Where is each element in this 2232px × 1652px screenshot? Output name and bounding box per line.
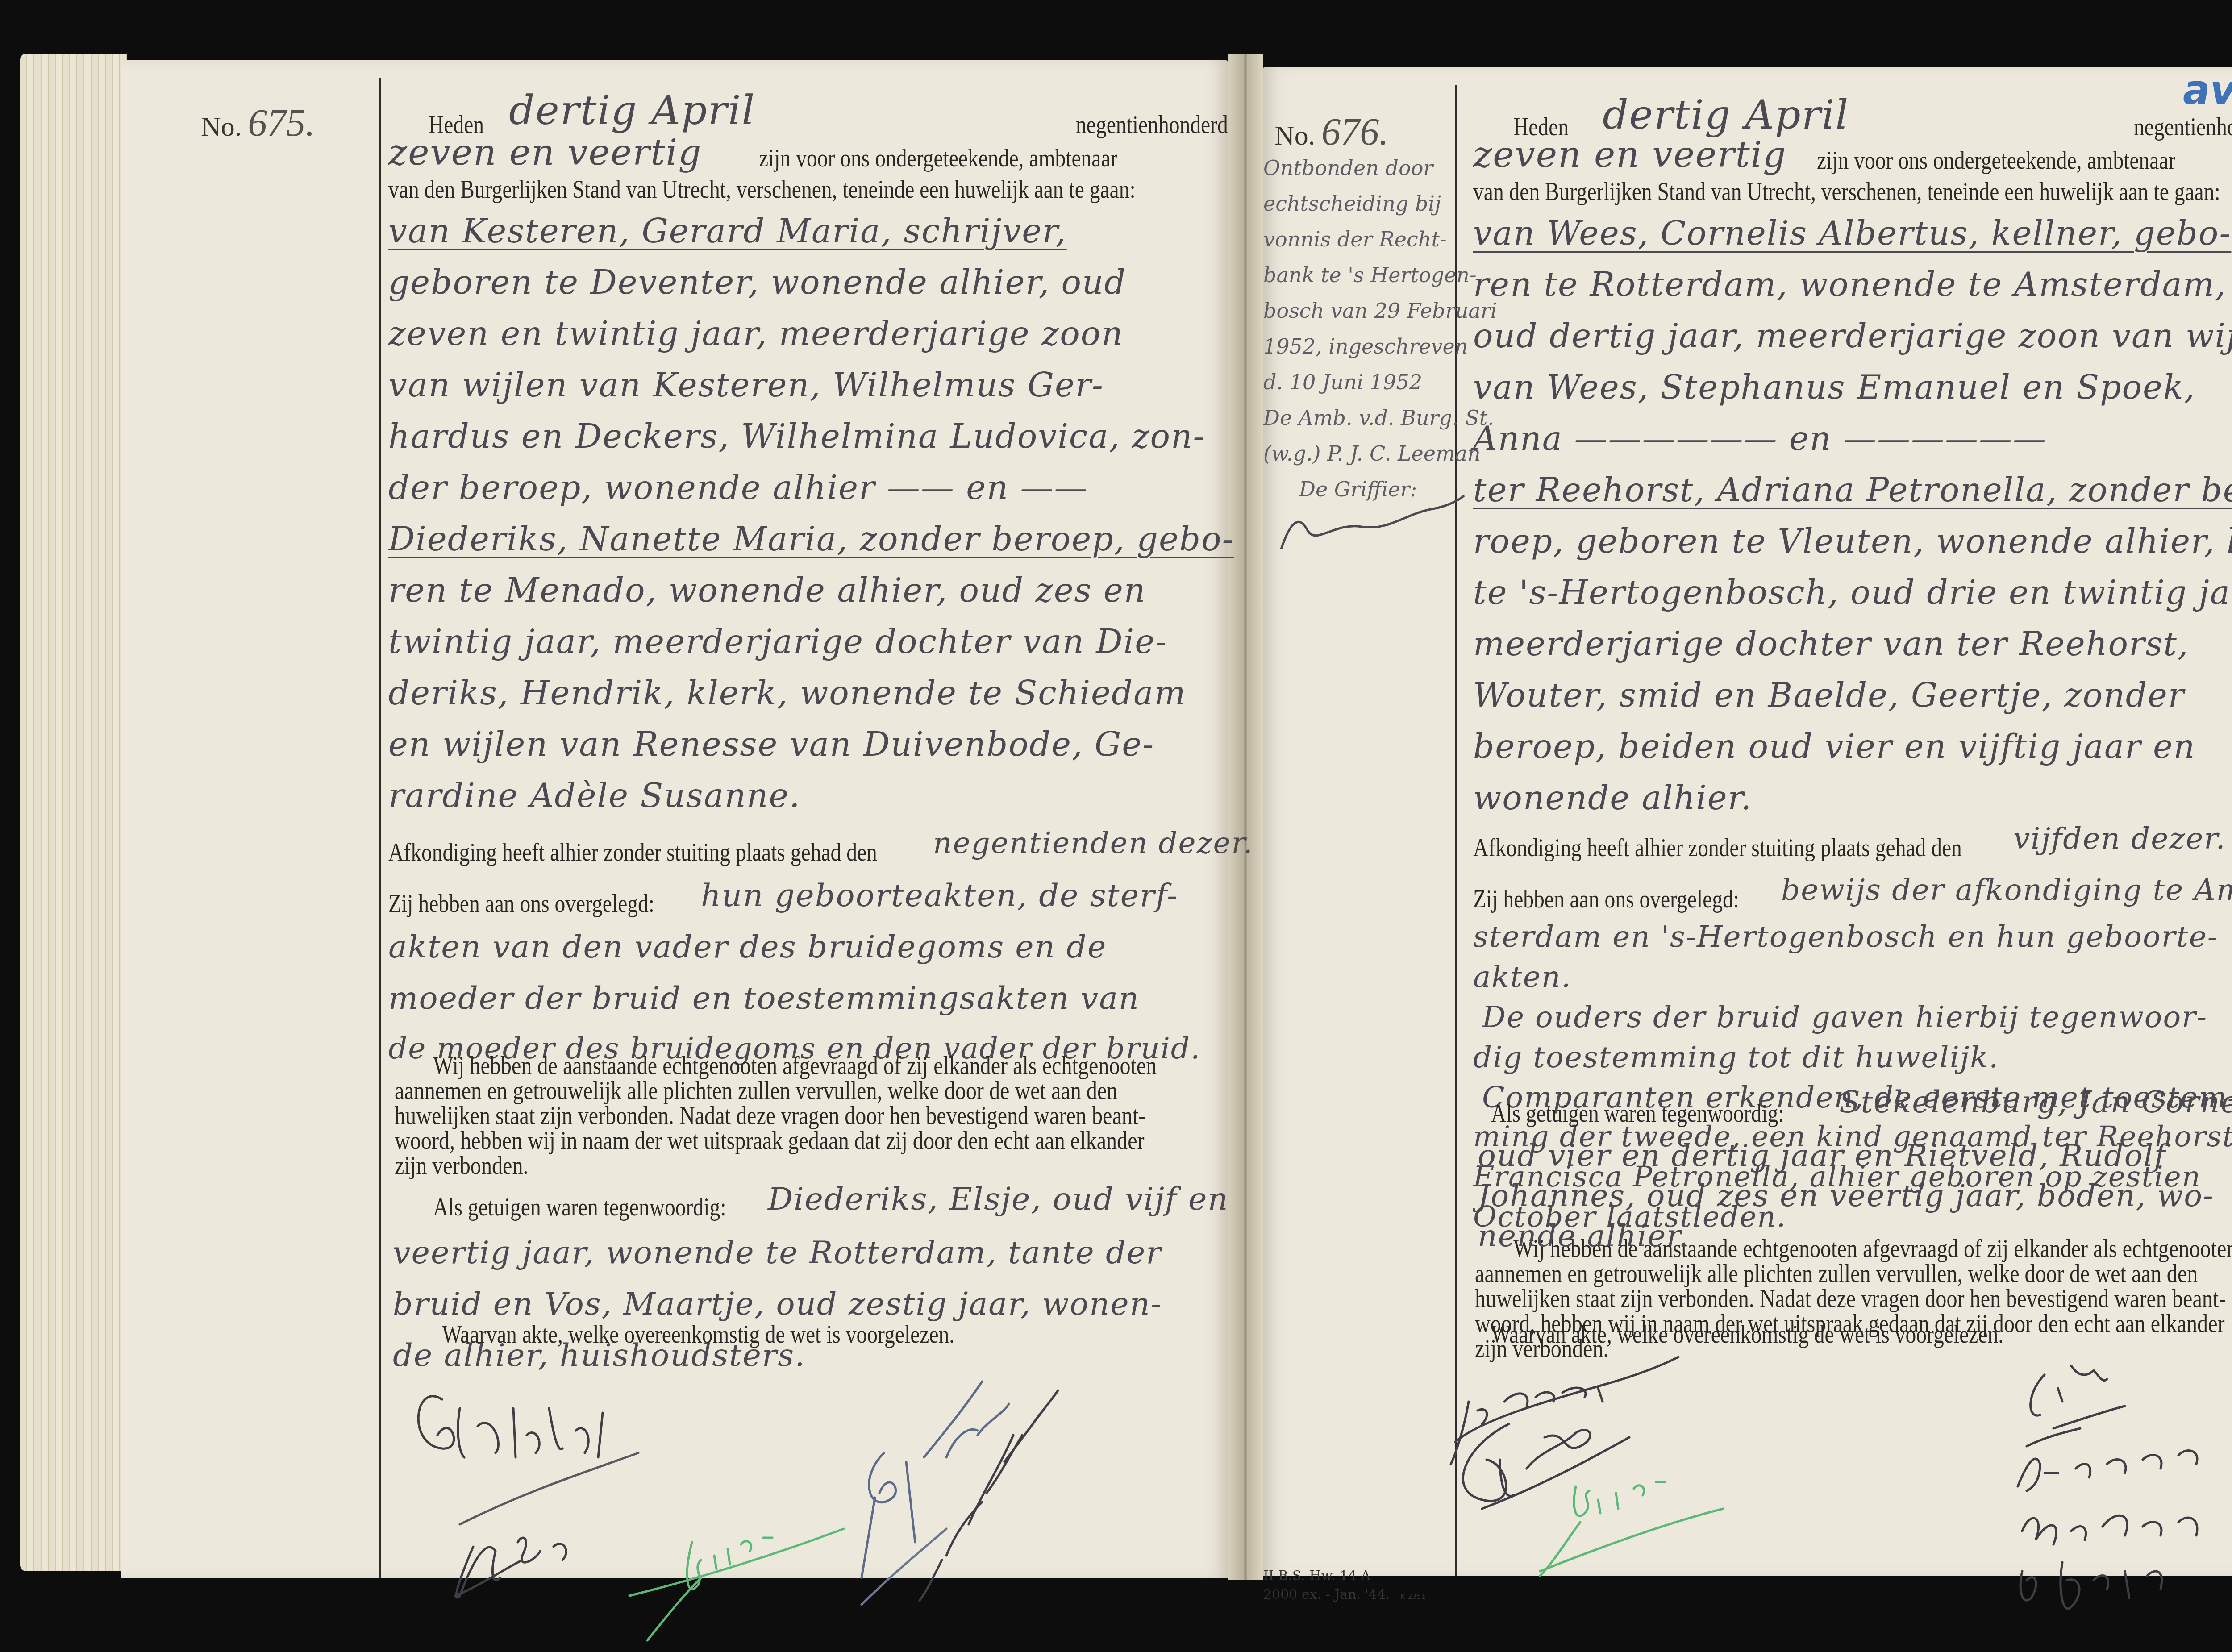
- signatures-right: [1428, 1339, 2232, 1629]
- year-print: negentienhonderd: [1076, 109, 1228, 139]
- afkondiging-label: Afkondiging heeft alhier zonder stuiting…: [1473, 832, 1962, 862]
- parties-line: meerderjarige dochter van ter Reehorst,: [1473, 625, 2189, 663]
- overgelegd-line: hun geboorteakten, de sterf-: [701, 877, 1178, 914]
- signatures-left: [388, 1346, 1237, 1605]
- signature-official-green-right: [1540, 1482, 1723, 1576]
- bride-line: Diederiks, Nanette Maria, zonder beroep,…: [388, 520, 1234, 558]
- signature-w-ter-reehorst: [2022, 1515, 2197, 1544]
- parties-line: geboren te Deventer, wonende alhier, oud: [388, 263, 1126, 302]
- heading-line-3: van den Burgerlijken Stand van Utrecht, …: [388, 174, 1136, 204]
- parties-line: Anna —————— en ——————: [1473, 420, 2047, 458]
- witness-line: nende alhier.: [1478, 1219, 1689, 1254]
- groom-line: van Kesteren, Gerard Maria, schrijver,: [388, 212, 1067, 250]
- parties-line: wonende alhier.: [1473, 779, 1752, 817]
- overgelegd-line: akten van den vader des bruidegoms en de: [388, 928, 1107, 965]
- act-number-value: 675.: [248, 101, 315, 144]
- signature-official-green-left: [629, 1529, 844, 1640]
- parties-line: roep, geboren te Vleuten, wonende alhier…: [1473, 522, 2232, 561]
- parties-line: van wijlen van Kesteren, Wilhelmus Ger-: [388, 366, 1104, 404]
- witness-line: Stekelenburg, Jan Cornelis,: [1839, 1085, 2232, 1120]
- parties-line: en wijlen van Renesse van Duivenbode, Ge…: [388, 725, 1154, 764]
- act-number: No.675.: [201, 100, 315, 145]
- signature-van-kesteren: [862, 1382, 1009, 1578]
- overgelegd-line: sterdam en 's-Hertogenbosch en hun geboo…: [1473, 920, 2218, 954]
- signature-diederiks-1: [418, 1396, 603, 1457]
- parties-line: zeven en twintig jaar, meerderjarige zoo…: [388, 315, 1124, 353]
- heading-line-2: zijn voor ons ondergeteekende, ambtenaar: [1817, 145, 2175, 175]
- blue-pencil-mark: av.: [2183, 67, 2232, 114]
- form-printer-imprint: II B.S. Hw. 14 A 2000 ex. - Jan. '44.K 2…: [1263, 1567, 1426, 1606]
- bride-line: ter Reehorst, Adriana Petronella, zonder…: [1473, 471, 2232, 509]
- witness-line: Johannes, oud zes en veertig jaar, boden…: [1478, 1178, 2214, 1214]
- parties-line: der beroep, wonende alhier —— en ——: [388, 469, 1088, 507]
- parties-line: twintig jaar, meerderjarige dochter van …: [388, 623, 1167, 661]
- parties-line: rardine Adèle Susanne.: [388, 777, 801, 815]
- heading-line-2: zijn voor ons ondergeteekende, ambtenaar: [759, 143, 1117, 173]
- date-handwritten: dertig April: [1603, 92, 1849, 138]
- parties-line: van Wees, Stephanus Emanuel en Spoek,: [1473, 368, 2195, 407]
- year-handwritten: zeven en veertig: [1473, 134, 1786, 175]
- closing-text: Waarvan akte, welke overeenkomstig de we…: [442, 1319, 954, 1349]
- overgelegd-line: dig toestemming tot dit huwelijk.: [1473, 1040, 1999, 1074]
- witness-line: veertig jaar, wonende te Rotterdam, tant…: [393, 1234, 1162, 1271]
- parties-line: ren te Menado, wonende alhier, oud zes e…: [388, 571, 1146, 610]
- act-number-value: 676.: [1321, 110, 1389, 153]
- left-page: No.675. Heden dertig April negentienhond…: [121, 60, 1228, 1578]
- overgelegd-label: Zij hebben aan ons overgelegd:: [1473, 884, 1739, 914]
- overgelegd-label: Zij hebben aan ons overgelegd:: [388, 888, 654, 918]
- griffier-signature: [1272, 495, 1460, 558]
- witnesses-label-right: Als getuigen waren tegenwoordig:: [1491, 1098, 1784, 1128]
- witnesses-label: Als getuigen waren tegenwoordig:: [433, 1192, 726, 1222]
- heading-line-3: van den Burgerlijken Stand van Utrecht, …: [1473, 176, 2220, 206]
- parties-line: te 's-Hertogenbosch, oud drie en twintig…: [1473, 574, 2232, 612]
- date-handwritten: dertig April: [509, 87, 755, 134]
- signature-g-baelde: [2020, 1562, 2162, 1609]
- signature-a-p-ter-reehorst: [2018, 1451, 2197, 1491]
- signature-stekelenburg-underline: [1455, 1357, 1678, 1442]
- overgelegd-line: De ouders der bruid gaven hierbij tegenw…: [1482, 1000, 2207, 1034]
- parties-line: beroep, beiden oud vier en vijftig jaar …: [1473, 728, 2195, 766]
- overgelegd-line: akten.: [1473, 960, 1571, 994]
- witness-line: bruid en Vos, Maartje, oud zestig jaar, …: [393, 1286, 1162, 1322]
- overgelegd-line: moeder der bruid en toestemmingsakten va…: [388, 980, 1140, 1016]
- groom-line: van Wees, Cornelis Albertus, kellner, ge…: [1473, 214, 2231, 253]
- parties-line: oud dertig jaar, meerderjarige zoon van …: [1473, 317, 2232, 355]
- margin-rule: [379, 78, 381, 1578]
- afkondiging-label: Afkondiging heeft alhier zonder stuiting…: [388, 837, 877, 867]
- afkondiging-date: vijfden dezer.: [2013, 821, 2226, 856]
- afkondiging-date: negentienden dezer.: [933, 826, 1253, 860]
- parties-line: hardus en Deckers, Wilhelmina Ludovica, …: [388, 417, 1205, 456]
- signature-c-a-van-wees: [2031, 1366, 2107, 1415]
- parties-line: ren te Rotterdam, wonende te Amsterdam,: [1473, 266, 2226, 304]
- parties-line: deriks, Hendrik, klerk, wonende te Schie…: [388, 674, 1187, 712]
- year-handwritten: zeven en veertig: [388, 132, 702, 173]
- year-print: negentienhonderd: [2134, 112, 2232, 141]
- witness-line: oud vier en dertig jaar en Rietveld, Rud…: [1478, 1138, 2166, 1173]
- parties-line: Wouter, smid en Baelde, Geertje, zonder: [1473, 676, 2185, 715]
- declaration-paragraph: Wij hebben de aanstaande echtgenooten af…: [433, 1053, 1208, 1178]
- overgelegd-line: bewijs der afkondiging te Am-: [1781, 873, 2232, 907]
- book-page-edges: [20, 54, 127, 1571]
- witness-line: Diederiks, Elsje, oud vijf en: [768, 1181, 1229, 1217]
